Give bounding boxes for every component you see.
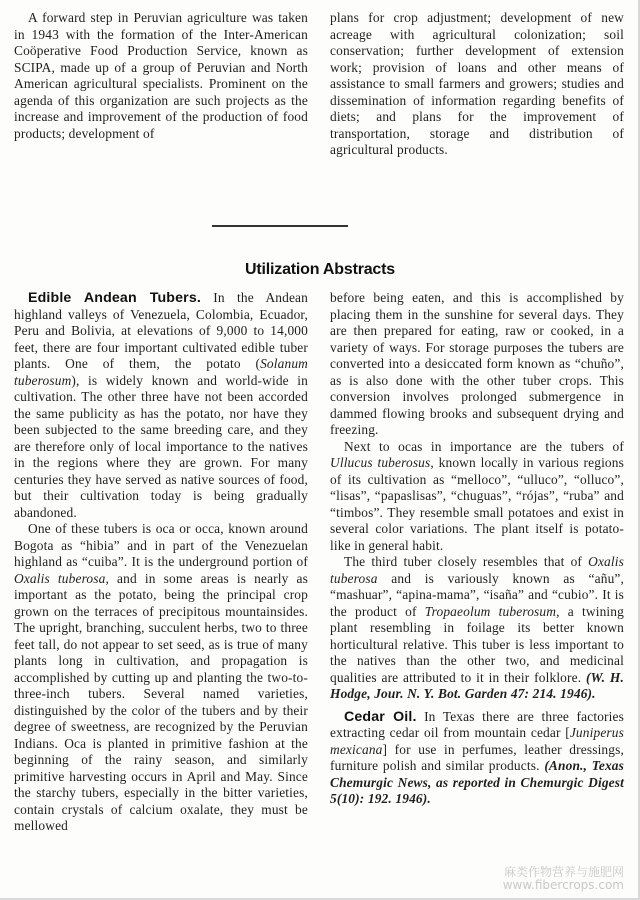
section-divider xyxy=(212,225,348,227)
species-name: Oxalis tuberosa xyxy=(14,571,105,586)
tubers-paragraph-1: Edible Andean Tubers. In the Andean high… xyxy=(14,290,308,521)
scipa-paragraph-continued: plans for crop adjustment; development o… xyxy=(330,10,624,159)
watermark: 麻类作物营养与施肥网 www.fibercrops.com xyxy=(503,866,624,892)
tubers-paragraph-3: Next to ocas in importance are the tuber… xyxy=(330,439,624,555)
cedar-paragraph: Cedar Oil. In Texas there are three fact… xyxy=(330,709,624,808)
article-heading-cedar: Cedar Oil. xyxy=(344,709,417,725)
scipa-paragraph: A forward step in Peruvian agriculture w… xyxy=(14,10,308,142)
species-name: Tropaeolum tuberosum xyxy=(425,604,556,619)
watermark-line-2: www.fibercrops.com xyxy=(503,879,624,892)
tubers-paragraph-2-continued: before being eaten, and this is accompli… xyxy=(330,290,624,439)
top-left-column: A forward step in Peruvian agriculture w… xyxy=(14,10,308,142)
species-name: Ullucus tuberosus xyxy=(330,455,430,470)
article-heading-tubers: Edible Andean Tubers. xyxy=(28,290,201,306)
tubers-paragraph-4: The third tuber closely resembles that o… xyxy=(330,554,624,703)
bottom-left-column: Edible Andean Tubers. In the Andean high… xyxy=(14,290,308,835)
document-page: A forward step in Peruvian agriculture w… xyxy=(0,0,640,900)
tubers-paragraph-2: One of these tubers is oca or occa, know… xyxy=(14,521,308,835)
top-right-column: plans for crop adjustment; development o… xyxy=(330,10,624,159)
bottom-right-column: before being eaten, and this is accompli… xyxy=(330,290,624,808)
section-title: Utilization Abstracts xyxy=(0,261,640,279)
